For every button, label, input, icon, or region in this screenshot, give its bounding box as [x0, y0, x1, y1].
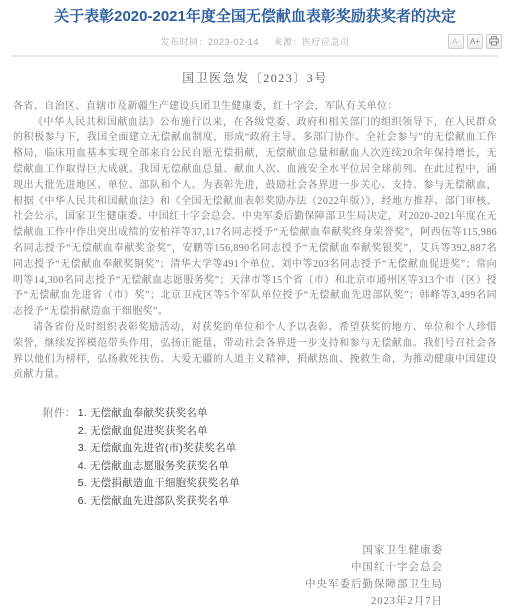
source-value: 医疗应急司 [302, 37, 350, 47]
attachment-link[interactable]: 4. 无偿献血志愿服务奖获奖名单 [78, 458, 240, 476]
signature-org: 中央军委后勤保障部卫生局 [13, 576, 443, 593]
attachments-list: 1. 无偿献血奉献奖获奖名单 2. 无偿献血促进奖获奖名单 3. 无偿献血先进省… [78, 405, 240, 510]
source: 来源：医疗应急司 [274, 37, 350, 47]
paragraph-main: 《中华人民共和国献血法》公布施行以来，在各级党委、政府和相关部门的组织领导下，在… [13, 115, 497, 320]
attachment-link[interactable]: 2. 无偿献血促进奖获奖名单 [78, 423, 240, 441]
publish-time-value: 2023-02-14 [208, 37, 259, 47]
publish-time: 发布时间：2023-02-14 [160, 37, 259, 47]
signature-org: 国家卫生健康委 [13, 542, 443, 559]
font-increase-button[interactable]: A+ [467, 34, 483, 49]
printer-icon [489, 36, 499, 46]
header-divider [12, 55, 498, 57]
font-decrease-button[interactable]: A- [448, 34, 464, 49]
salutation: 各省、自治区、直辖市及新疆生产建设兵团卫生健康委，红十字会，军队有关单位： [13, 99, 497, 115]
attachment-link[interactable]: 5. 无偿捐献造血干细胞奖获奖名单 [78, 475, 240, 493]
signature-date: 2023年2月7日 [13, 593, 443, 610]
attachments-label: 附件： [43, 405, 76, 423]
document-body: 各省、自治区、直辖市及新疆生产建设兵团卫生健康委，红十字会，军队有关单位： 《中… [13, 99, 497, 610]
paragraph-closing: 请各省份及时组织表彰奖励活动，对获奖的单位和个人予以表彰。希望获奖的地方、单位和… [13, 320, 497, 383]
article-toolbar: A- A+ [448, 34, 502, 49]
attachment-link[interactable]: 3. 无偿献血先进省(市)奖获奖名单 [78, 440, 240, 458]
attachment-link[interactable]: 6. 无偿献血先进部队奖获奖名单 [78, 493, 240, 511]
publish-time-label: 发布时间： [160, 37, 208, 47]
attachment-link[interactable]: 1. 无偿献血奉献奖获奖名单 [78, 405, 240, 423]
page-title: 关于表彰2020-2021年度全国无偿献血表彰奖励获奖者的决定 [24, 8, 486, 27]
article-page: 关于表彰2020-2021年度全国无偿献血表彰奖励获奖者的决定 发布时间：202… [0, 8, 510, 614]
source-label: 来源： [274, 37, 303, 47]
meta-row: 发布时间：2023-02-14 来源：医疗应急司 A- A+ [0, 32, 510, 52]
attachments-section: 附件： 1. 无偿献血奉献奖获奖名单 2. 无偿献血促进奖获奖名单 3. 无偿献… [43, 405, 497, 510]
print-button[interactable] [486, 34, 502, 49]
signature-block: 国家卫生健康委 中国红十字会总会 中央军委后勤保障部卫生局 2023年2月7日 [13, 542, 497, 610]
signature-org: 中国红十字会总会 [13, 559, 443, 576]
doc-number: 国卫医急发〔2023〕3号 [0, 69, 510, 86]
